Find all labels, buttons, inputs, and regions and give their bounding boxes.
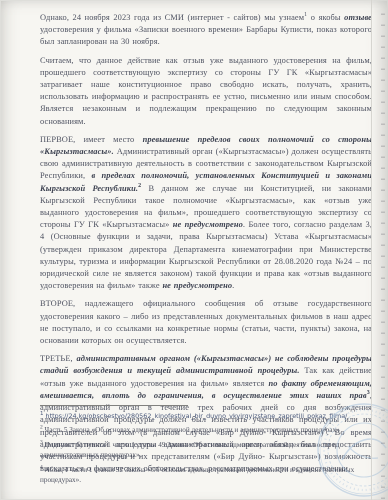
footnote-text: https://24.kg/obschestvo/280562_kinofest…	[44, 412, 348, 420]
page-edge-shadow	[372, 0, 388, 500]
paragraph-second: ВТОРОЕ, надлежащего официального сообщен…	[40, 298, 372, 347]
paragraph-claim: Считаем, что данное действие как отзыв у…	[40, 55, 372, 128]
scanned-page: Однако, 24 ноября 2023 года из СМИ (инте…	[0, 0, 388, 500]
footnote-text: Часть 5 Закона «Об основах административ…	[43, 426, 340, 434]
paragraph-intro: Однако, 24 ноября 2023 года из СМИ (инте…	[40, 12, 372, 49]
footnote-2: 2 Часть 5 Закона «Об основах администрат…	[40, 425, 372, 435]
footnote-block: 1 https://24.kg/obschestvo/280562_kinofe…	[40, 405, 372, 490]
footnote-1: 1 https://24.kg/obschestvo/280562_kinofe…	[40, 411, 372, 421]
footnote-3: 3 Подпункт б) пункта 1 части 1 статьи 49…	[40, 440, 372, 460]
footnote-4: 4 Абзац 1 части 1 статьи 32 Закона «Об о…	[40, 465, 372, 485]
footnote-text: Абзац 1 части 1 статьи 32 Закона «Об осн…	[40, 466, 354, 484]
paragraph-first: ПЕРВОЕ, имеет место превышение пределов …	[40, 134, 372, 293]
footnote-separator	[40, 405, 188, 406]
footnote-text: Подпункт б) пункта 1 части 1 статьи 49 З…	[40, 441, 336, 459]
footnote-list: 1 https://24.kg/obschestvo/280562_kinofe…	[40, 411, 372, 486]
